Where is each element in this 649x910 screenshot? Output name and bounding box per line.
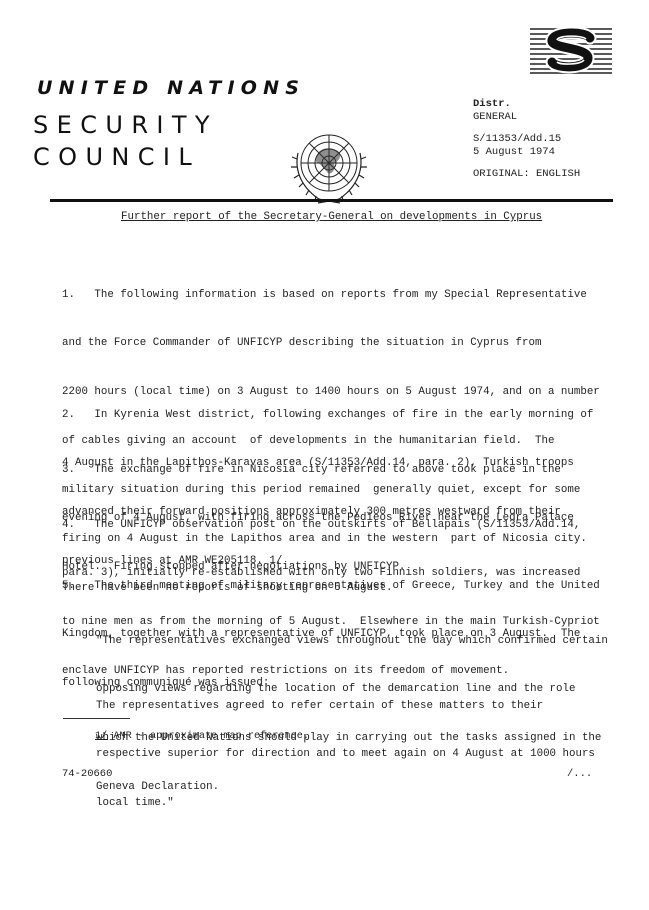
document-date: 5 August 1974 — [473, 146, 580, 159]
text-line: 4. The UNFICYP observation post on the o… — [62, 517, 600, 533]
document-number: 74-20660 — [62, 768, 112, 780]
text-line: "The representatives exchanged views thr… — [96, 633, 608, 649]
document-title: Further report of the Secretary-General … — [121, 211, 542, 223]
communique-paragraph-2: The representatives agreed to refer cert… — [96, 665, 595, 828]
org-name: UNITED NATIONS — [37, 77, 305, 99]
continuation-mark: /... — [567, 768, 592, 780]
text-line: 2. In Kyrenia West district, following e… — [62, 407, 593, 423]
original-language: ORIGINAL: ENGLISH — [473, 168, 580, 181]
footnote-text: AMR - approximate map reference. — [107, 731, 309, 742]
body-name-line2: COUNCIL — [33, 143, 200, 171]
text-line: 5. The third meeting of military represe… — [62, 578, 600, 594]
security-council-s-logo-icon — [530, 27, 612, 75]
text-line: 1. The following information is based on… — [62, 287, 600, 303]
document-symbol: S/11353/Add.15 — [473, 133, 580, 146]
header-divider — [50, 199, 613, 202]
distribution-block: Distr. GENERAL S/11353/Add.15 5 August 1… — [473, 98, 580, 181]
footnote: 1/ AMR - approximate map reference. — [95, 731, 309, 742]
text-line: respective superior for direction and to… — [96, 746, 595, 762]
footnote-marker: 1/ — [95, 731, 107, 742]
text-line: and the Force Commander of UNFICYP descr… — [62, 335, 600, 351]
footnote-divider — [63, 718, 130, 719]
text-line: local time." — [96, 795, 595, 811]
distr-value: GENERAL — [473, 111, 580, 124]
body-name-line1: SECURITY — [33, 111, 218, 139]
text-line: The representatives agreed to refer cert… — [96, 698, 595, 714]
un-emblem-icon — [288, 123, 370, 219]
distr-label: Distr. — [473, 98, 580, 111]
text-line: 3. The exchange of fire in Nicosia city … — [62, 462, 574, 478]
